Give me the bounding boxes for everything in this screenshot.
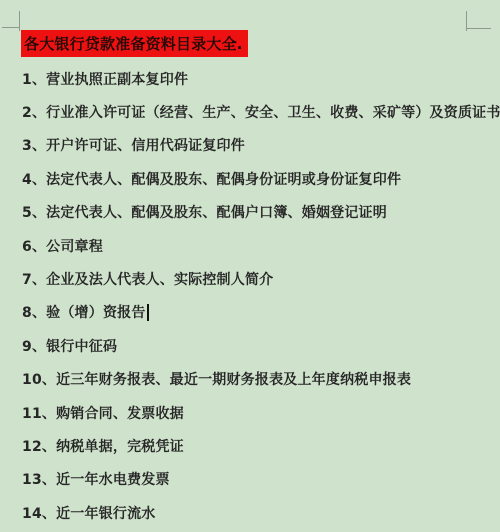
list-item-9[interactable]: 9、银行中征码 xyxy=(22,329,500,362)
list-item-text: 5、法定代表人、配偶及股东、配偶户口簿、婚姻登记证明 xyxy=(22,202,387,222)
list-item-14[interactable]: 14、近一年银行流水 xyxy=(22,496,500,529)
list-item-3[interactable]: 3、开户许可证、信用代码证复印件 xyxy=(22,129,500,162)
loan-document-checklist: 1、营业执照正副本复印件 2、行业准入许可证（经营、生产、安全、卫生、收费、采矿… xyxy=(22,62,500,529)
text-boundary-mark-top-left-horizontal xyxy=(2,27,20,28)
list-item-7[interactable]: 7、企业及法人代表人、实际控制人简介 xyxy=(22,262,500,295)
list-item-text: 1、营业执照正副本复印件 xyxy=(22,69,188,89)
list-item-12[interactable]: 12、纳税单据，完税凭证 xyxy=(22,429,500,462)
list-item-text: 14、近一年银行流水 xyxy=(22,503,155,523)
list-item-5[interactable]: 5、法定代表人、配偶及股东、配偶户口簿、婚姻登记证明 xyxy=(22,196,500,229)
list-item-text: 8、验（增）资报告 xyxy=(22,302,146,322)
document-page[interactable]: 各大银行贷款准备资料目录大全. 1、营业执照正副本复印件 2、行业准入许可证（经… xyxy=(0,0,500,532)
document-title-text: 各大银行贷款准备资料目录大全. xyxy=(24,33,243,54)
list-item-text: 13、近一年水电费发票 xyxy=(22,469,170,489)
text-boundary-mark-top-left-vertical xyxy=(19,11,20,31)
list-item-2[interactable]: 2、行业准入许可证（经营、生产、安全、卫生、收费、采矿等）及资质证书 xyxy=(22,95,500,128)
list-item-10[interactable]: 10、近三年财务报表、最近一期财务报表及上年度纳税申报表 xyxy=(22,363,500,396)
list-item-13[interactable]: 13、近一年水电费发票 xyxy=(22,463,500,496)
list-item-text: 9、银行中征码 xyxy=(22,336,117,356)
text-cursor xyxy=(147,304,149,321)
list-item-text: 7、企业及法人代表人、实际控制人简介 xyxy=(22,269,273,289)
text-boundary-mark-top-right-horizontal xyxy=(466,28,491,29)
list-item-4[interactable]: 4、法定代表人、配偶及股东、配偶身份证明或身份证复印件 xyxy=(22,162,500,195)
list-item-text: 10、近三年财务报表、最近一期财务报表及上年度纳税申报表 xyxy=(22,369,411,389)
list-item-text: 11、购销合同、发票收据 xyxy=(22,403,184,423)
list-item-text: 4、法定代表人、配偶及股东、配偶身份证明或身份证复印件 xyxy=(22,169,401,189)
list-item-text: 12、纳税单据，完税凭证 xyxy=(22,436,184,456)
list-item-11[interactable]: 11、购销合同、发票收据 xyxy=(22,396,500,429)
list-item-6[interactable]: 6、公司章程 xyxy=(22,229,500,262)
list-item-text: 2、行业准入许可证（经营、生产、安全、卫生、收费、采矿等）及资质证书 xyxy=(22,102,500,122)
list-item-text: 6、公司章程 xyxy=(22,236,103,256)
list-item-8[interactable]: 8、验（增）资报告 xyxy=(22,296,500,329)
list-item-1[interactable]: 1、营业执照正副本复印件 xyxy=(22,62,500,95)
document-title[interactable]: 各大银行贷款准备资料目录大全. xyxy=(21,30,248,57)
list-item-text: 3、开户许可证、信用代码证复印件 xyxy=(22,135,245,155)
